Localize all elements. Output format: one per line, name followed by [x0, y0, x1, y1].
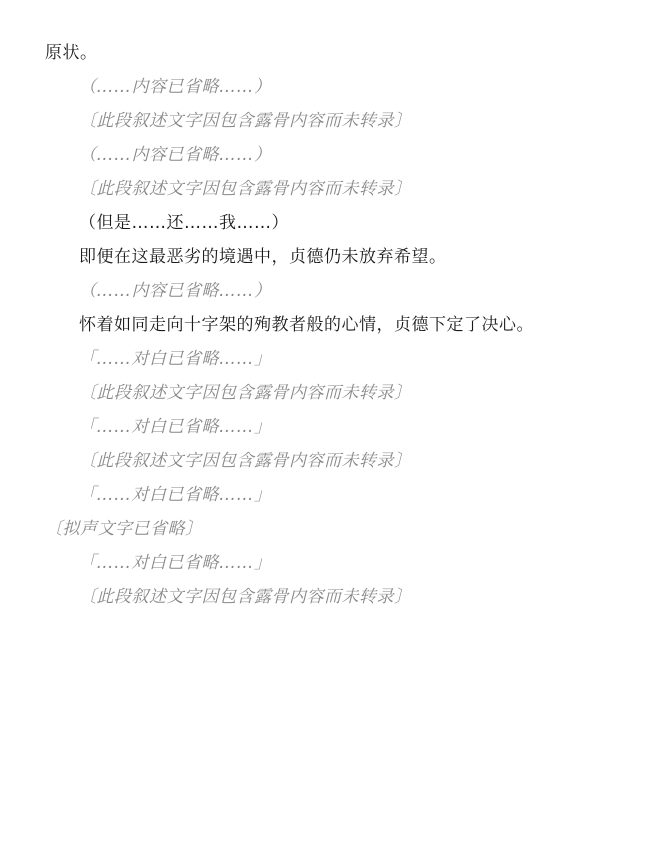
paragraph-narration: 〔此段叙述文字因包含露骨内容而未转录〕 — [45, 580, 605, 614]
paragraph-narration: 〔此段叙述文字因包含露骨内容而未转录〕 — [45, 172, 605, 206]
paragraph-dialogue: 「……对白已省略……」 — [45, 410, 605, 444]
paragraph-sound-effect: 〔拟声文字已省略〕 — [45, 512, 605, 546]
document-page: 原状。（……内容已省略……）〔此段叙述文字因包含露骨内容而未转录〕（……内容已省… — [0, 0, 650, 850]
paragraph-narration: 即便在这最恶劣的境遇中，贞德仍未放弃希望。 — [45, 240, 605, 274]
paragraph-inner-monologue: （……内容已省略……） — [45, 138, 605, 172]
paragraph-narration: 〔此段叙述文字因包含露骨内容而未转录〕 — [45, 104, 605, 138]
paragraph-dialogue: 「……对白已省略……」 — [45, 342, 605, 376]
paragraph-continuation: 原状。 — [45, 36, 605, 70]
paragraph-narration: 怀着如同走向十字架的殉教者般的心情，贞德下定了决心。 — [45, 308, 605, 342]
paragraph-inner-monologue: （……内容已省略……） — [45, 70, 605, 104]
paragraph-inner-monologue: （……内容已省略……） — [45, 274, 605, 308]
paragraph-dialogue: 「……对白已省略……」 — [45, 478, 605, 512]
paragraph-narration: 〔此段叙述文字因包含露骨内容而未转录〕 — [45, 376, 605, 410]
body-text-area: 原状。（……内容已省略……）〔此段叙述文字因包含露骨内容而未转录〕（……内容已省… — [45, 36, 605, 614]
paragraph-narration: 〔此段叙述文字因包含露骨内容而未转录〕 — [45, 444, 605, 478]
paragraph-inner-monologue: （但是……还……我……） — [45, 206, 605, 240]
paragraph-dialogue: 「……对白已省略……」 — [45, 546, 605, 580]
